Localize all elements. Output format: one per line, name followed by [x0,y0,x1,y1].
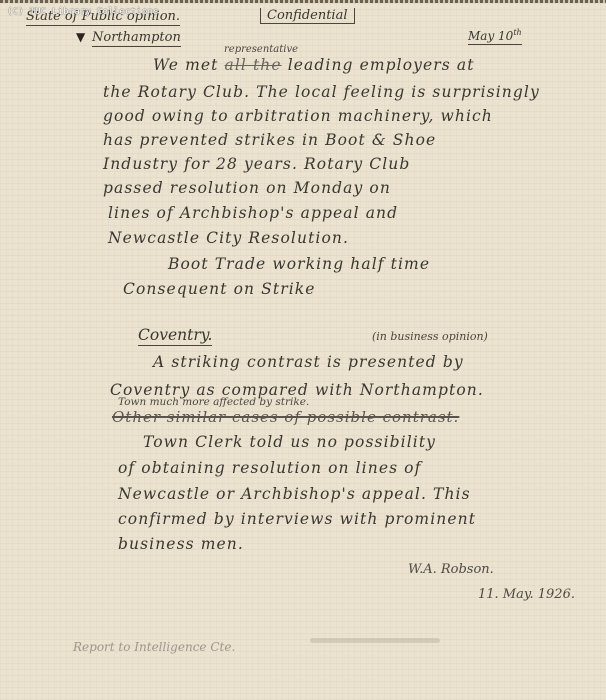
perforated-top-edge [0,0,606,3]
coventry-line-7: business men. [118,535,244,553]
header-date-suffix: th [513,28,521,37]
insert-representative: representative [224,44,298,55]
coventry-struck-line: Other similar cases of possible contrast… [112,408,459,426]
northampton-line-5: Industry for 28 years. Rotary Club [103,155,410,173]
signature-date: 11. May. 1926. [478,587,575,602]
coventry-line-4: of obtaining resolution on lines of [118,459,421,477]
signature-name: W.A. Robson. [408,562,494,577]
watermark: (C) TUC Library Collections [7,7,159,17]
line1-struck-text: all the [225,56,282,74]
section-northampton-title: Northampton [92,30,181,47]
insert-town-affected: Town much more affected by strike. [118,396,309,408]
boot-trade-note-line-2: Consequent on Strike [123,280,316,298]
northampton-line-8: Newcastle City Resolution. [108,229,349,247]
coventry-line-5: Newcastle or Archbishop's appeal. This [118,485,471,503]
northampton-line-3: good owing to arbitration machinery, whi… [103,107,493,125]
header-date: May 10th [468,28,522,45]
document-page: (C) TUC Library Collections State of Pub… [0,0,606,700]
confidential-label: Confidential [260,8,355,24]
pencil-footer-note: Report to Intelligence Cte. [73,640,235,654]
northampton-line-4: has prevented strikes in Boot & Shoe [103,131,436,149]
section-coventry-title: Coventry. [138,326,212,346]
header-date-text: May 10 [468,29,513,43]
coventry-line-6: confirmed by interviews with prominent [118,510,476,528]
northampton-line-2: the Rotary Club. The local feeling is su… [103,83,540,101]
northampton-line-7: lines of Archbishop's appeal and [108,204,398,222]
coventry-line-3: Town Clerk told us no possibility [143,433,436,451]
line1-suffix: leading employers at [288,56,475,74]
boot-trade-note-line-1: Boot Trade working half time [168,255,430,273]
bullet-marker: ▼ [76,30,85,44]
paper-stain [310,638,440,643]
insert-business-opinion: (in business opinion) [372,330,488,343]
coventry-line-1: A striking contrast is presented by [153,353,464,371]
northampton-line-6: passed resolution on Monday on [103,179,391,197]
line1-prefix: We met [153,56,218,74]
northampton-line-1: We met all the leading employers at [153,56,475,74]
